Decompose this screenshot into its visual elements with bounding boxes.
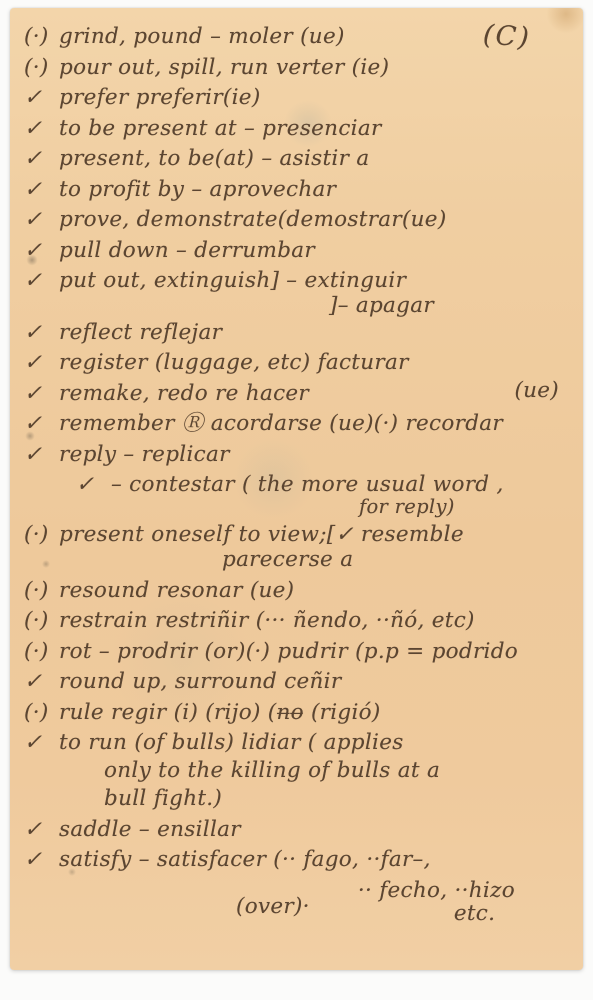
card-footer: (over)· ·· fecho, ··hizo etc. <box>24 878 575 926</box>
entry-text: prove, demonstrate(demostrar(ue) <box>59 207 447 232</box>
conjugation-line: ·· fecho, ··hizo <box>358 878 515 903</box>
entry-text: rot – prodrir (or)(·) pudrir (p.p = podr… <box>59 639 518 664</box>
entry-marker: (·) <box>24 522 59 547</box>
vocab-entry: ✓ remake, redo re hacer (ue) <box>24 381 575 406</box>
vocab-entry: (·) present oneself to view;[✓ resemble <box>24 522 575 547</box>
vocab-entry: ✓ to run (of bulls) lidiar ( applies <box>24 730 575 755</box>
entry-text: restrain restriñir (··· ñendo, ··ñó, etc… <box>59 608 475 633</box>
entry-text: bull fight.) <box>104 786 222 811</box>
entry-marker: (·) <box>24 24 59 49</box>
vocab-entry: (·) rule regir (i) (rijo) (n̶o̶ (rigió) <box>24 700 575 725</box>
vocab-entry: (·) rot – prodrir (or)(·) pudrir (p.p = … <box>24 639 575 664</box>
vocab-entry: ✓ prove, demonstrate(demostrar(ue) <box>24 207 575 232</box>
vocab-entry: ✓ saddle – ensillar <box>24 817 575 842</box>
check-mark: ✓ <box>24 350 59 375</box>
check-mark: ✓ <box>24 442 59 467</box>
vocab-entry: ✓ to be present at – presenciar <box>24 116 575 141</box>
over-note: (over)· <box>236 894 310 919</box>
entry-text: saddle – ensillar <box>59 817 241 842</box>
entry-text: grind, pound – moler (ue) <box>59 24 345 49</box>
entry-marker: (·) <box>24 608 59 633</box>
entry-marker: (·) <box>24 55 59 80</box>
entry-text: put out, extinguish] – extinguir <box>59 268 406 293</box>
check-mark: ✓ <box>76 472 111 497</box>
check-mark: ✓ <box>24 146 59 171</box>
card-content: (C) (·) grind, pound – moler (ue) (·) po… <box>10 8 583 970</box>
check-mark: ✓ <box>24 320 59 345</box>
check-mark: ✓ <box>24 268 59 293</box>
vocab-entry: ✓ reflect reflejar <box>24 320 575 345</box>
entry-marker: (·) <box>24 639 59 664</box>
conjugation-notes: ·· fecho, ··hizo etc. <box>358 878 515 926</box>
vocab-entry: (·) resound resonar (ue) <box>24 578 575 603</box>
entry-text: ]– apagar <box>329 293 434 318</box>
vocab-entry: (·) restrain restriñir (··· ñendo, ··ñó,… <box>24 608 575 633</box>
check-mark: ✓ <box>24 669 59 694</box>
entry-text: reflect reflejar <box>59 320 222 345</box>
vocab-entry: ✓ present, to be(at) – asistir a <box>24 146 575 171</box>
vocab-entry: ✓ remember Ⓡ acordarse (ue)(·) recordar <box>24 411 575 436</box>
photo-background: (C) (·) grind, pound – moler (ue) (·) po… <box>0 0 593 1000</box>
check-mark: ✓ <box>24 411 59 436</box>
vocab-entry-continuation: only to the killing of bulls at a <box>104 758 575 783</box>
entry-text: to run (of bulls) lidiar ( applies <box>59 730 404 755</box>
entry-marker: (·) <box>24 578 59 603</box>
vocab-entry: ✓ – contestar ( the more usual word , <box>24 472 575 497</box>
vocab-entry: ✓ reply – replicar <box>24 442 575 467</box>
vocab-entry: (·) pour out, spill, run verter (ie) <box>24 55 575 80</box>
index-card: (C) (·) grind, pound – moler (ue) (·) po… <box>10 8 583 970</box>
stem-change-note: (ue) <box>514 378 559 403</box>
corner-label: (C) <box>482 22 531 50</box>
entry-text: reply – replicar <box>59 442 230 467</box>
vocab-entry: ✓ to profit by – aprovechar <box>24 177 575 202</box>
check-mark: ✓ <box>24 847 59 872</box>
check-mark: ✓ <box>24 238 59 263</box>
entry-text: for reply) <box>359 494 455 519</box>
entry-text: remake, redo re hacer <box>59 381 309 406</box>
vocab-entry: ✓ pull down – derrumbar <box>24 238 575 263</box>
check-mark: ✓ <box>24 207 59 232</box>
vocab-entry: ✓ satisfy – satisfacer (·· fago, ··far–, <box>24 847 575 872</box>
vocab-entry: ✓ round up, surround ceñir <box>24 669 575 694</box>
entry-text: present, to be(at) – asistir a <box>59 146 369 171</box>
entry-text: prefer preferir(ie) <box>59 85 261 110</box>
vocab-entry-continuation: bull fight.) <box>104 786 575 811</box>
entry-text: parecerse a <box>222 547 353 572</box>
check-mark: ✓ <box>24 730 59 755</box>
check-mark: ✓ <box>24 817 59 842</box>
entry-text: register (luggage, etc) facturar <box>59 350 409 375</box>
vocab-entry: ✓ put out, extinguish] – extinguir <box>24 268 575 293</box>
entry-text: pour out, spill, run verter (ie) <box>59 55 389 80</box>
vocab-entry-continuation: ]– apagar <box>329 293 575 318</box>
entry-text: round up, surround ceñir <box>59 669 341 694</box>
vocab-entry: ✓ prefer preferir(ie) <box>24 85 575 110</box>
vocab-entry-continuation: for reply) <box>359 494 575 519</box>
check-mark: ✓ <box>24 177 59 202</box>
entry-text: present oneself to view;[✓ resemble <box>59 522 464 547</box>
entry-text: rule regir (i) (rijo) (n̶o̶ (rigió) <box>59 700 381 725</box>
entry-text: satisfy – satisfacer (·· fago, ··far–, <box>59 847 431 872</box>
entry-text: to be present at – presenciar <box>59 116 382 141</box>
check-mark: ✓ <box>24 381 59 406</box>
entry-text: only to the killing of bulls at a <box>104 758 440 783</box>
entry-text: pull down – derrumbar <box>59 238 315 263</box>
vocab-entry: ✓ register (luggage, etc) facturar <box>24 350 575 375</box>
check-mark: ✓ <box>24 85 59 110</box>
vocab-entry-continuation: parecerse a <box>222 547 575 572</box>
entry-text: to profit by – aprovechar <box>59 177 336 202</box>
entry-text: remember Ⓡ acordarse (ue)(·) recordar <box>59 411 503 436</box>
entry-marker: (·) <box>24 700 59 725</box>
conjugation-line: etc. <box>454 901 515 926</box>
check-mark: ✓ <box>24 116 59 141</box>
entry-text: resound resonar (ue) <box>59 578 294 603</box>
